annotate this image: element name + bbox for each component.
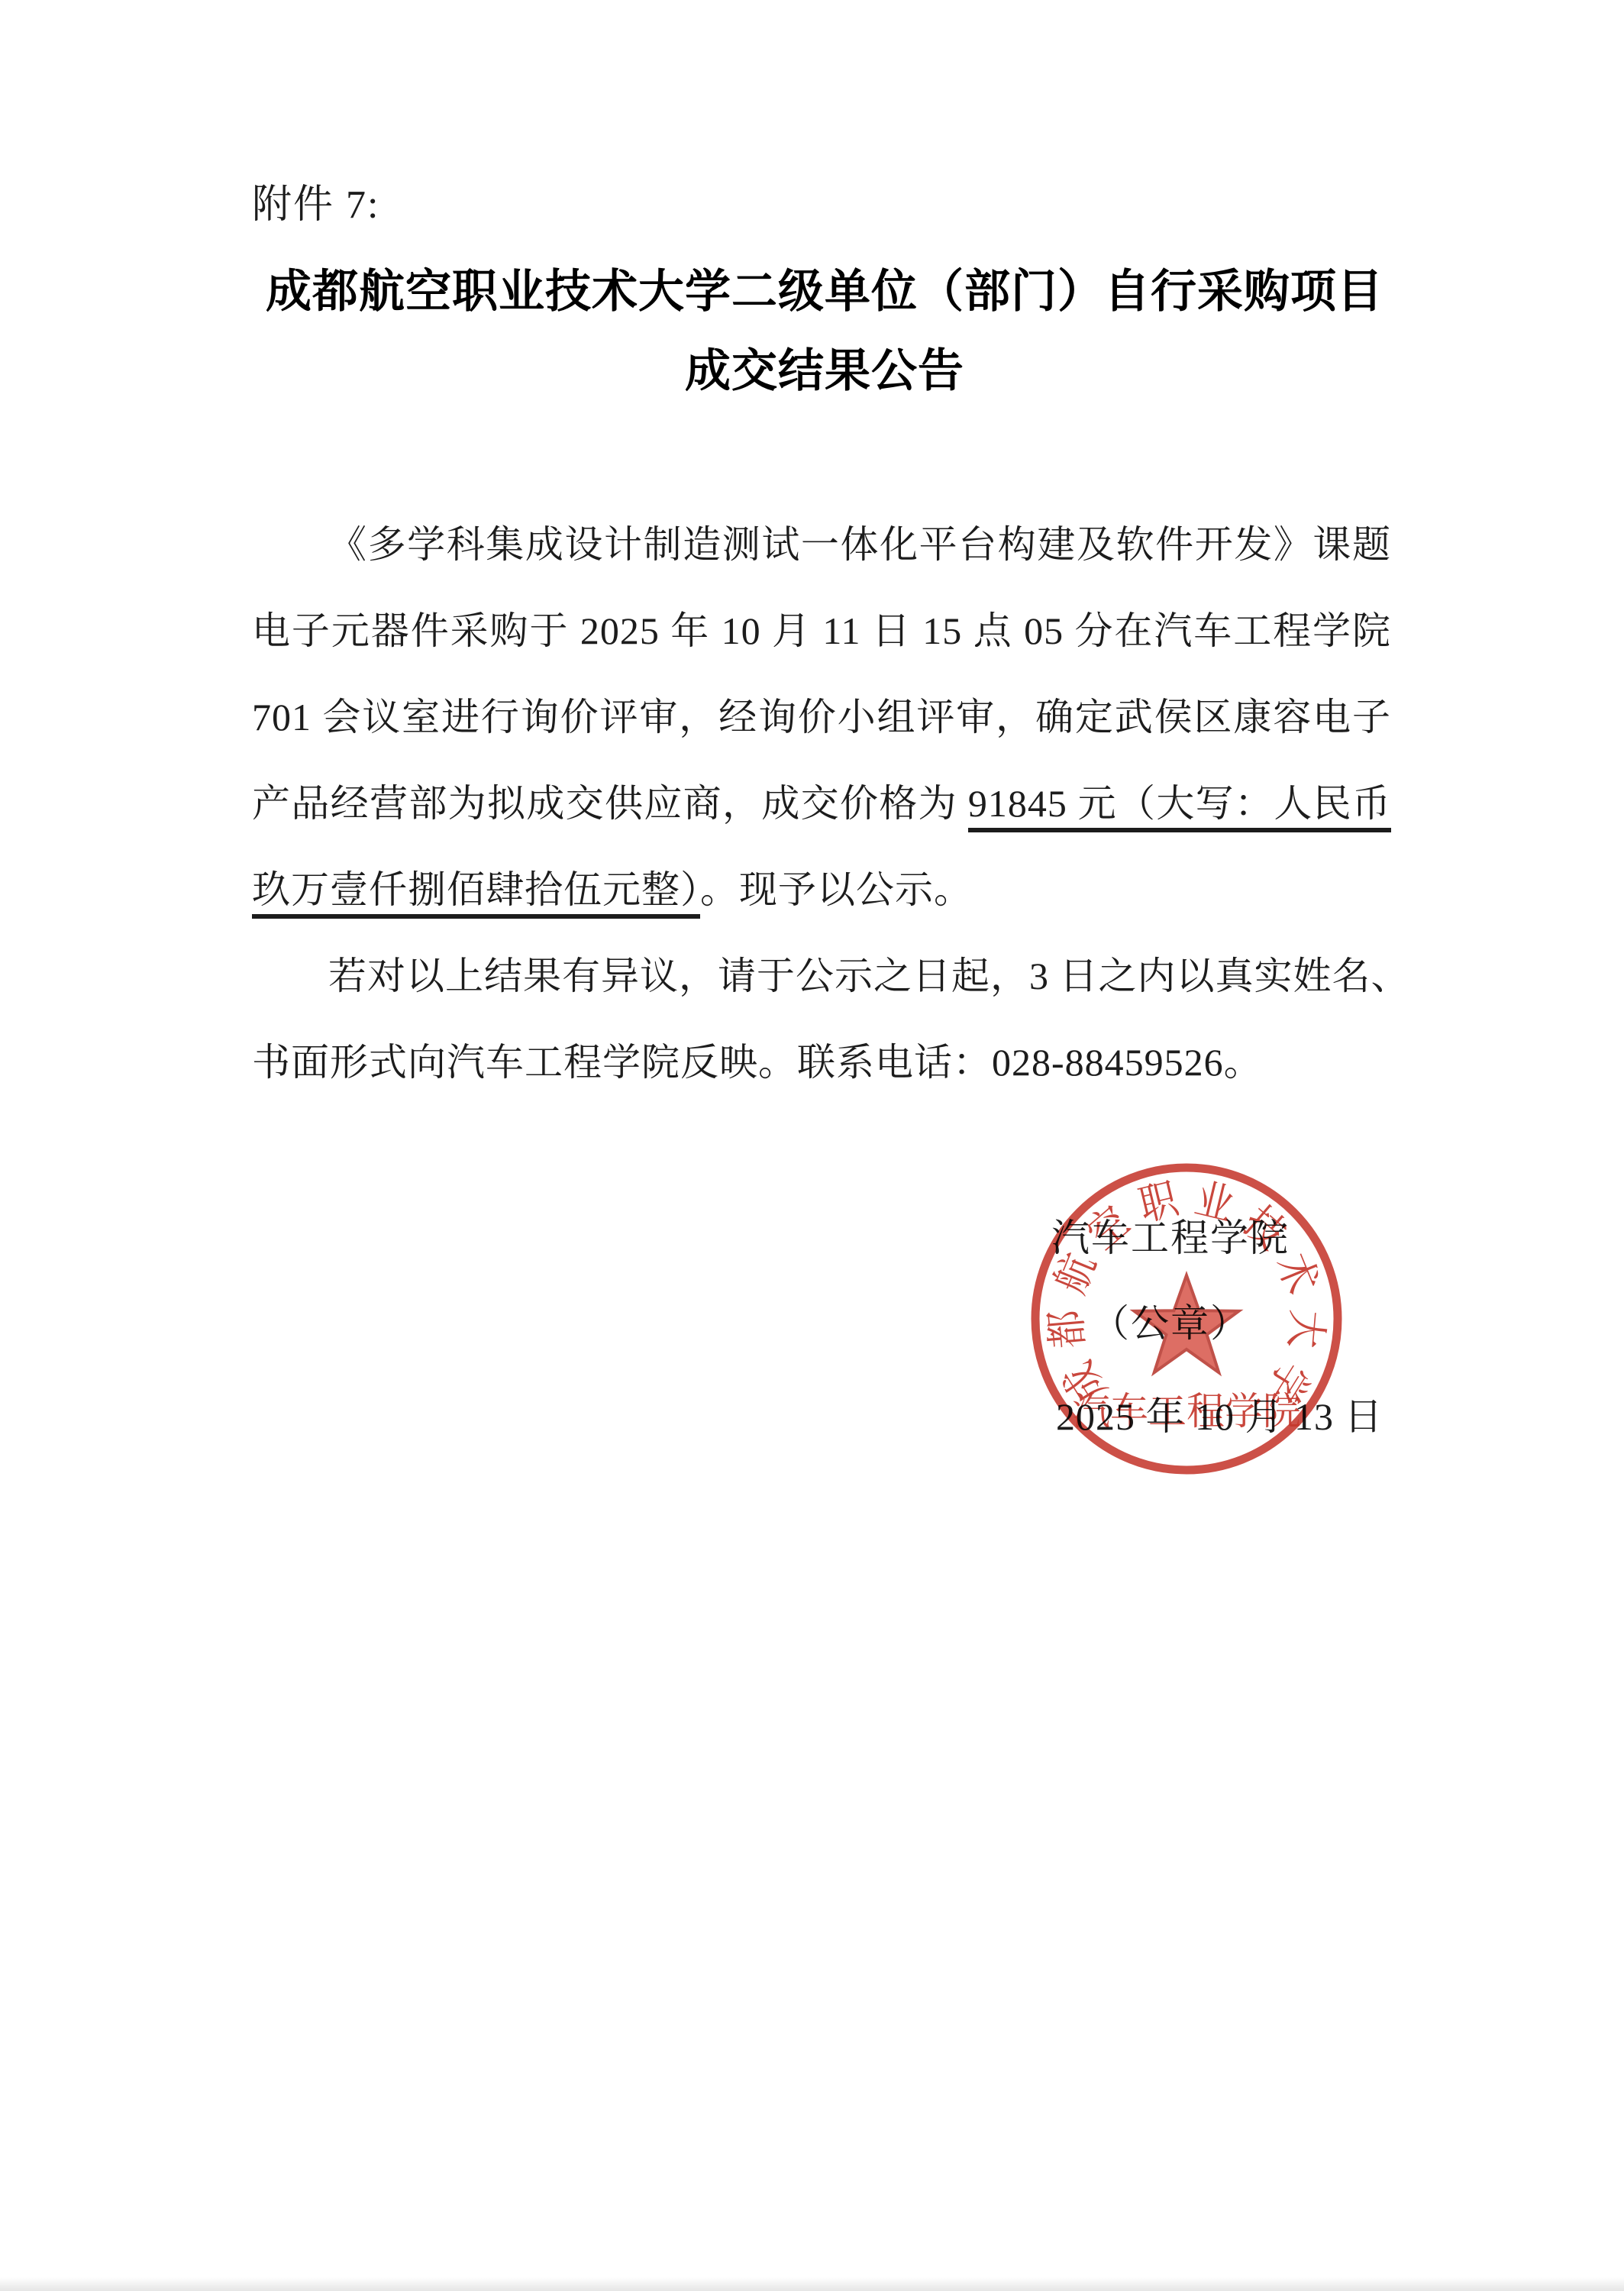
official-seal-graphic: 成都航空职业技术大学 汽车工程学院 bbox=[1026, 1158, 1347, 1479]
seal-arc-char: 业 bbox=[1190, 1176, 1238, 1230]
scanned-document-page: 附件 7: 成都航空职业技术大学二级单位（部门）自行采购项目 成交结果公告 《多… bbox=[0, 0, 1624, 2291]
seal-arc-char: 都 bbox=[1043, 1308, 1093, 1350]
seal-arc-char: 术 bbox=[1268, 1247, 1326, 1300]
body-line-2-text: 电子元器件采购于 2025 年 10 月 11 日 15 点 05 分在汽车工程… bbox=[252, 609, 1391, 652]
body-line-4-text: 产品经营部为拟成交供应商，成交价格为 bbox=[252, 782, 968, 825]
body-line-1: 《多学科集成设计制造测试一体化平台构建及软件开发》课题 bbox=[252, 502, 1391, 588]
scan-shadow bbox=[0, 2277, 1624, 2291]
underlined-price-words: 玖万壹仟捌佰肆拾伍元整） bbox=[252, 868, 700, 919]
document-title-line2: 成交结果公告 bbox=[252, 346, 1397, 396]
seal-star-icon bbox=[1135, 1275, 1239, 1372]
attachment-label: 附件 7: bbox=[252, 180, 379, 231]
body-line-1-text: 《多学科集成设计制造测试一体化平台构建及软件开发》课题 bbox=[328, 523, 1391, 566]
seal-arc-char: 职 bbox=[1135, 1175, 1184, 1230]
official-seal-stamp: 成都航空职业技术大学 汽车工程学院 bbox=[1026, 1158, 1347, 1479]
body-line-6: 若对以上结果有异议，请于公示之日起，3 日之内以真实姓名、 bbox=[252, 933, 1391, 1019]
body-line-5-text: 。现予以公示。 bbox=[700, 868, 973, 911]
body-line-3-text: 701 会议室进行询价评审，经询价小组评审，确定武侯区康容电子 bbox=[252, 696, 1391, 738]
body-line-5: 玖万壹仟捌佰肆拾伍元整）。现予以公示。 bbox=[252, 847, 1391, 933]
document-body: 《多学科集成设计制造测试一体化平台构建及软件开发》课题 电子元器件采购于 202… bbox=[252, 502, 1391, 1106]
document-title-line1: 成都航空职业技术大学二级单位（部门）自行采购项目 bbox=[252, 267, 1397, 317]
body-line-3: 701 会议室进行询价评审，经询价小组评审，确定武侯区康容电子 bbox=[252, 674, 1391, 761]
underlined-price-amount: 91845 元（大写：人民币 bbox=[968, 782, 1391, 832]
body-line-4: 产品经营部为拟成交供应商，成交价格为 91845 元（大写：人民币 bbox=[252, 761, 1391, 847]
seal-bottom-text: 汽车工程学院 bbox=[1072, 1390, 1301, 1433]
body-line-7-text: 书面形式向汽车工程学院反映。联系电话：028-88459526。 bbox=[252, 1041, 1263, 1084]
body-line-7: 书面形式向汽车工程学院反映。联系电话：028-88459526。 bbox=[252, 1019, 1391, 1106]
seal-arc-char: 大 bbox=[1280, 1308, 1330, 1350]
body-line-2: 电子元器件采购于 2025 年 10 月 11 日 15 点 05 分在汽车工程… bbox=[252, 588, 1391, 674]
seal-arc-char: 航 bbox=[1048, 1247, 1106, 1300]
body-line-6-text: 若对以上结果有异议，请于公示之日起，3 日之内以真实姓名、 bbox=[328, 955, 1410, 997]
